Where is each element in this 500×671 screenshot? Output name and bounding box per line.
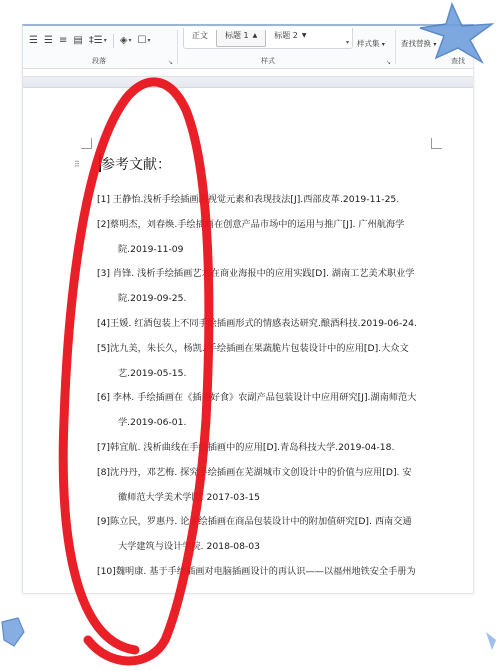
ruler: [23, 76, 473, 88]
gallery-more-icon[interactable]: ▾: [346, 39, 349, 46]
find-group-label: 查找: [399, 56, 465, 66]
align-right-icon[interactable]: ☰: [44, 35, 53, 47]
line-spacing-icon[interactable]: ‡☰▾: [89, 35, 107, 47]
justify-icon[interactable]: ≡: [59, 35, 67, 47]
document-page[interactable]: ⠿ 参考文献： [1] 王静怡.浅析手绘插画的视觉元素和表现技法[J].西部皮革…: [23, 88, 473, 593]
shading-icon[interactable]: ◈▾: [120, 35, 132, 47]
paragraph-dialog-launcher-icon[interactable]: ↘: [168, 59, 173, 66]
reference-8-cont: 徽师范大学美术学院. 2017-03-15: [97, 486, 441, 511]
reference-1: [1] 王静怡.浅析手绘插画的视觉元素和表现技法[J].西部皮革.2019-11…: [97, 188, 441, 213]
reference-3-cont: 院.2019-09-25.: [97, 287, 441, 312]
reference-2-cont: 院.2019-11-09: [97, 238, 441, 263]
style-gallery: 正文 标题 1▲ 标题 2▼ ▾: [183, 28, 353, 49]
reference-10: [10]魏明康. 基于手绘插画对电脑插画设计的再认识——以福州地铁安全手册为: [97, 560, 441, 585]
reference-5: [5]沈九美，朱长久，杨凯. 手绘插画在果蔬脆片包装设计中的应用[D].大众文: [97, 337, 441, 362]
reference-2: [2]蔡明杰，刘春焕.手绘插画在创意产品市场中的运用与推广[J]. 广州航海学: [97, 213, 441, 238]
references-list: [1] 王静怡.浅析手绘插画的视觉元素和表现技法[J].西部皮革.2019-11…: [97, 188, 441, 585]
group-divider: [395, 30, 396, 64]
references-heading: 参考文献：: [101, 154, 171, 174]
drag-handle-icon[interactable]: ⠿: [74, 160, 79, 169]
reference-6: [6] 李林. 手绘插画在《插画好食》农副产品包装设计中应用研究[J].湖南师范…: [97, 386, 441, 411]
find-replace-button[interactable]: 查找替换 ▾: [401, 38, 436, 49]
style-normal[interactable]: 正文: [184, 30, 216, 46]
reference-4: [4]王媛. 红酒包装上不同手绘插画形式的情感表达研究.酿酒科技.2019-06…: [97, 312, 441, 337]
border-icon[interactable]: ☐▾: [137, 35, 150, 47]
paragraph-group: ☰ ☰ ≡ ▤ ‡☰▾ ◈▾ ☐▾ 段落 ↘: [23, 26, 175, 68]
reference-9: [9]陈立民，罗惠丹. 论手绘插画在商品包装设计中的附加值研究[D]. 西南交通: [97, 510, 441, 535]
distributed-align-icon[interactable]: ▤: [73, 35, 82, 47]
styles-dialog-launcher-icon[interactable]: ↘: [386, 59, 391, 66]
reference-9-cont: 大学建筑与设计学院. 2018-08-03: [97, 535, 441, 560]
ribbon-toolbar: ☰ ☰ ≡ ▤ ‡☰▾ ◈▾ ☐▾ 段落 ↘ 正文 标题 1▲ 标题 2▼ ▾ …: [23, 26, 473, 69]
reference-5-cont: 艺.2019-05-15.: [97, 362, 441, 387]
align-center-icon[interactable]: ☰: [29, 35, 38, 47]
word-processor-window: ☰ ☰ ≡ ▤ ‡☰▾ ◈▾ ☐▾ 段落 ↘ 正文 标题 1▲ 标题 2▼ ▾ …: [22, 24, 474, 593]
styles-group: 正文 标题 1▲ 标题 2▼ ▾ 样式: [183, 26, 353, 68]
divider: [113, 34, 114, 48]
style-set-button[interactable]: 样式集 ▾: [357, 38, 385, 49]
style-heading-1[interactable]: 标题 1▲: [216, 30, 266, 47]
styles-group-label: 样式: [183, 56, 353, 66]
group-divider: [177, 30, 178, 64]
reference-7: [7]韩宜航. 浅析曲线在手绘插画中的应用[D].青岛科技大学.2019-04-…: [97, 436, 441, 461]
reference-6-cont: 学.2019-06-01.: [97, 411, 441, 436]
reference-3: [3] 肖锋. 浅析手绘插画艺术在商业海报中的应用实践[D]. 湖南工艺美术职业…: [97, 262, 441, 287]
find-group: 查找替换 ▾ 查找: [399, 26, 473, 68]
margin-corner-mark: [81, 138, 92, 149]
margin-corner-mark: [431, 138, 442, 149]
style-heading-2[interactable]: 标题 2▼: [266, 30, 314, 46]
reference-8: [8]沈丹丹，邓艺梅. 探究手绘插画在芜湖城市文创设计中的价值与应用[D]. 安: [97, 461, 441, 486]
paragraph-group-label: 段落: [23, 56, 175, 66]
page-bottom-edge: [23, 593, 473, 594]
